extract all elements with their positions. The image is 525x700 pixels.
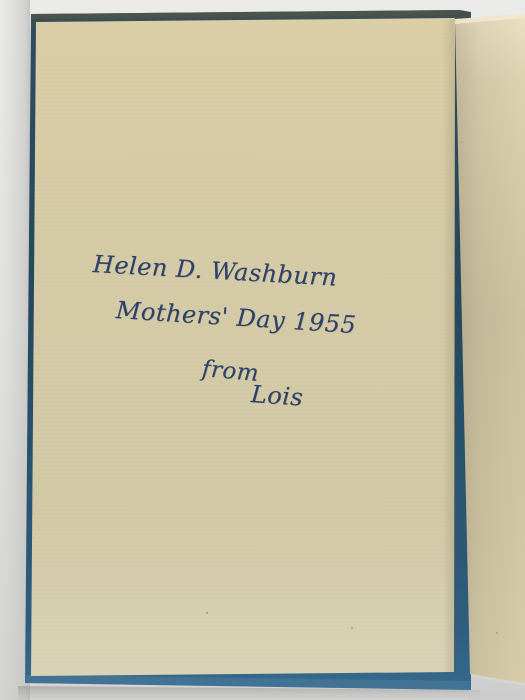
paper-speck: [461, 141, 463, 143]
paper-speck: [496, 632, 498, 634]
endpaper-texture: [31, 18, 455, 676]
gutter-shadow: [442, 19, 458, 673]
backdrop-left-shadow: [0, 0, 30, 700]
paper-speck: [206, 612, 208, 614]
book-scene: [0, 0, 525, 700]
photo-of-open-book: Helen D. Washburn Mothers' Day 1955 from…: [0, 0, 525, 700]
paper-speck: [351, 627, 353, 629]
